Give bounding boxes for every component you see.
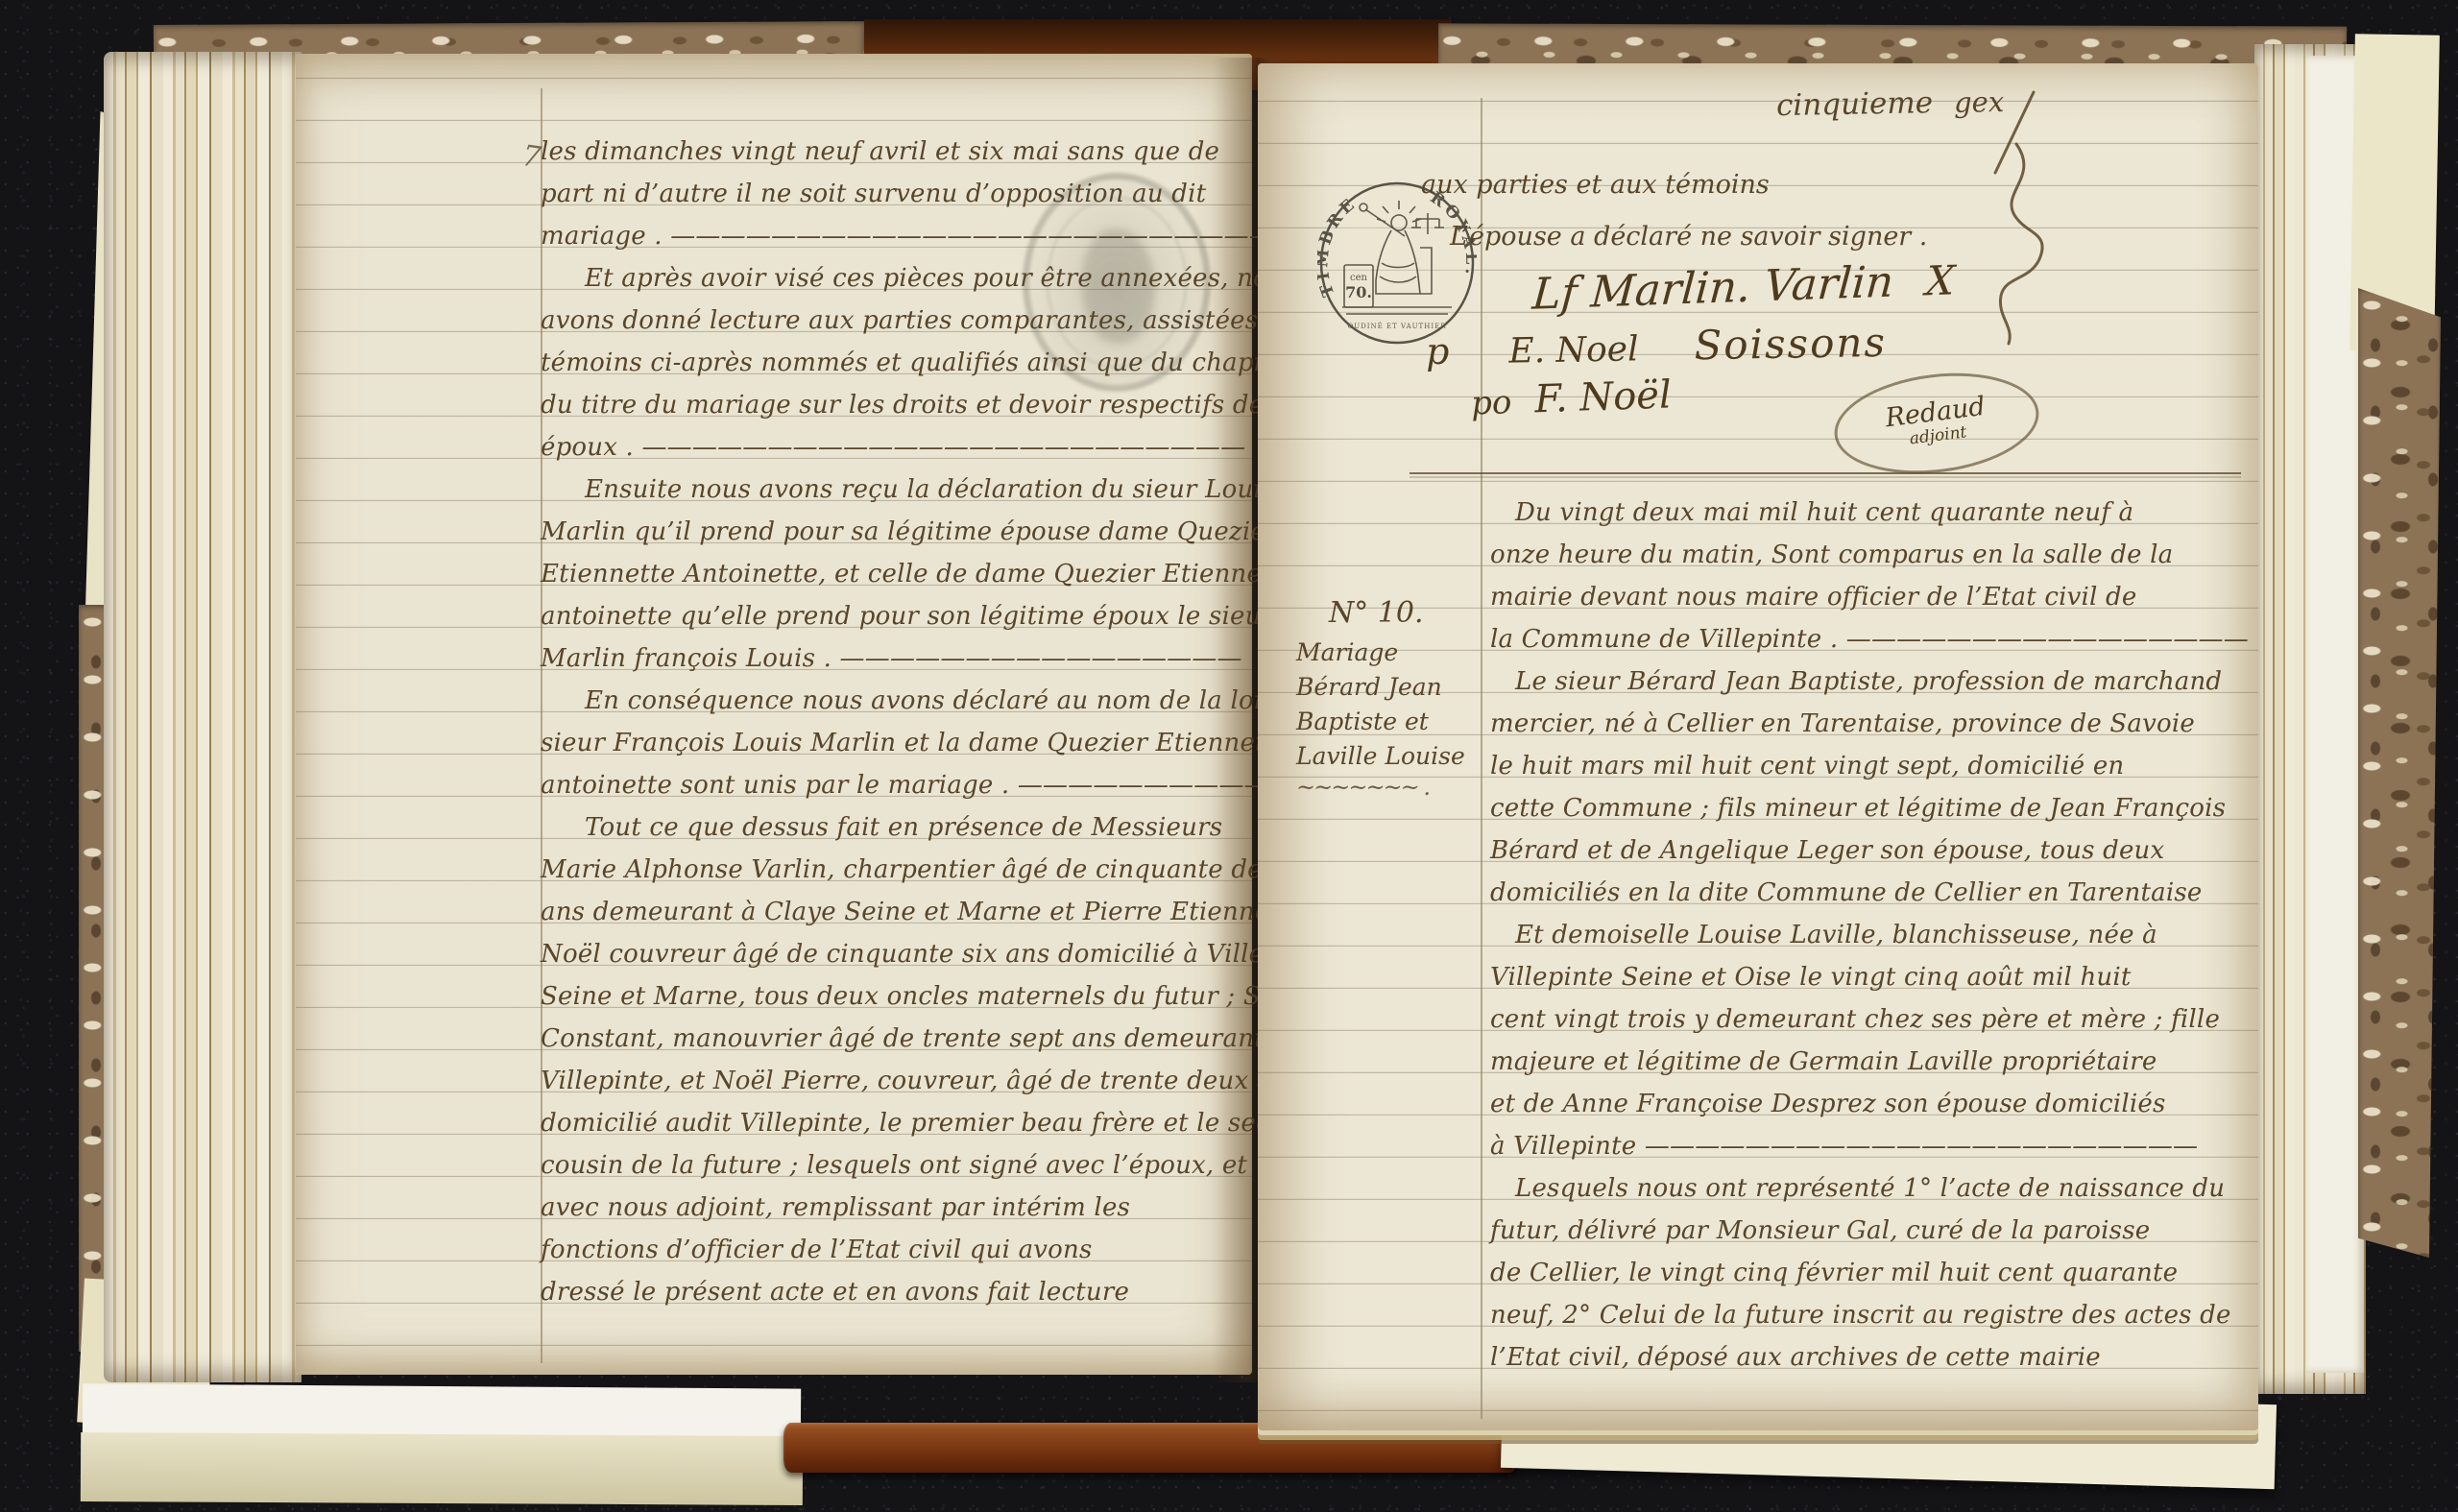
handwritten-line: mercier, né à Cellier en Tarentaise, pro… [1490,703,2251,745]
signature-f-noel: po F. Noël [1470,372,1672,423]
right-page-text: Du vingt deux mai mil huit cent quarante… [1490,492,2251,1379]
handwritten-line: cousin de la future ; lesquels ont signé… [541,1144,1253,1187]
handwritten-line: ans demeurant à Claye Seine et Marne et … [541,891,1253,933]
paraph-flourish [1959,88,2055,348]
closing-lines: aux parties et aux témoinsL’épouse a déc… [1421,159,1927,263]
act-separator-rule [1410,472,2241,474]
paragraph: Du vingt deux mai mil huit cent quarante… [1490,492,2251,660]
handwritten-line: de Cellier, le vingt cinq février mil hu… [1490,1252,2251,1294]
handwritten-line: Tout ce que dessus fait en présence de M… [541,806,1253,849]
handwritten-line: Villepinte, et Noël Pierre, couvreur, âg… [541,1060,1253,1102]
stamp-cent-label: cen [1350,273,1368,283]
handwritten-line: et de Anne Françoise Desprez son épouse … [1490,1083,2251,1125]
handwritten-line: Seine et Marne, tous deux oncles materne… [541,975,1253,1018]
handwritten-line: sieur François Louis Marlin et la dame Q… [541,722,1253,764]
handwritten-line: onze heure du matin, Sont comparus en la… [1490,534,2251,576]
signature-part: p [1426,330,1450,372]
right-page: cinquiemegex TIMBRE ROYAL. [1258,63,2258,1430]
annotation-word: cinquieme [1776,85,1934,123]
signature-marlin-varlin: Lf Marlin. VarlinX [1530,253,1956,320]
margin-note-line: Baptiste et [1296,705,1484,739]
handwritten-line: Du vingt deux mai mil huit cent quarante… [1490,492,2251,534]
handwritten-line: domicilié audit Villepinte, le premier b… [541,1102,1253,1144]
signature-part: E. Noel [1508,329,1639,371]
handwritten-line: la Commune de Villepinte . —————————————… [1490,618,2251,660]
handwritten-line: Et après avoir visé ces pièces pour être… [541,257,1253,300]
book-support-foam-left [81,1432,803,1505]
handwritten-line: majeure et légitime de Germain Laville p… [1490,1041,2251,1083]
margin-note-line: Mariage [1296,636,1484,670]
handwritten-line: aux parties et aux témoins [1421,159,1927,211]
signature-part: Soissons [1694,319,1887,369]
handwritten-line: Bérard et de Angelique Leger son épouse,… [1490,829,2251,872]
handwritten-line: Marie Alphonse Varlin, charpentier âgé d… [541,849,1253,891]
handwritten-line: Le sieur Bérard Jean Baptiste, professio… [1490,660,2251,703]
handwritten-line: antoinette sont unis par le mariage . ——… [541,764,1253,806]
handwritten-line: avons donné lecture aux parties comparan… [541,300,1253,342]
handwritten-line: antoinette qu’elle prend pour son légiti… [541,595,1253,637]
paragraph: Et après avoir visé ces pièces pour être… [541,257,1253,468]
handwritten-line: l’Etat civil, déposé aux archives de cet… [1490,1336,2251,1379]
circled-adjoint-signature: Redaud adjoint [1829,362,2045,484]
signature-x-mark: X [1924,256,1956,304]
handwritten-line: du titre du mariage sur les droits et de… [541,384,1253,426]
handwritten-line: Et demoiselle Louise Laville, blanchisse… [1490,914,2251,956]
handwritten-line: cette Commune ; fils mineur et légitime … [1490,787,2251,829]
handwritten-line: En conséquence nous avons déclaré au nom… [541,680,1253,722]
signature-part: po [1470,383,1512,422]
page-stack-left-edges [104,52,301,1382]
handwritten-line: Marlin françois Louis . ———————————————— [541,637,1253,680]
handwritten-line: L’épouse a déclaré ne savoir signer . [1421,211,1927,263]
paragraph: Lesquels nous ont représenté 1° l’acte d… [1490,1167,2251,1379]
margin-note-line: Laville Louise [1296,739,1484,774]
paragraph: Le sieur Bérard Jean Baptiste, professio… [1490,660,2251,914]
handwritten-line: à Villepinte —————————————————————— [1490,1125,2251,1167]
archival-register-photo: leesitr28itrlthal 7 les dimanches vingt … [0,0,2458,1512]
handwritten-line: futur, délivré par Monsieur Gal, curé de… [1490,1210,2251,1252]
left-page: 7 les dimanches vingt neuf avril et six … [296,54,1252,1375]
signature-noel-soissons: p E. Noel Soissons [1426,319,1888,373]
margin-note: N° 10. MariageBérard JeanBaptiste etLavi… [1296,591,1484,801]
signature-part: F. Noël [1533,372,1672,421]
handwritten-line: Etiennette Antoinette, et celle de dame … [541,553,1253,595]
handwritten-line: part ni d’autre il ne soit survenu d’opp… [541,173,1253,215]
act-title-lines: MariageBérard JeanBaptiste etLaville Lou… [1296,636,1484,774]
handwritten-line: Marlin qu’il prend pour sa légitime épou… [541,511,1253,553]
handwritten-line: avec nous adjoint, remplissant par intér… [541,1187,1253,1229]
marbled-cover-right-edge [2358,288,2441,1258]
handwritten-line: domiciliés en la dite Commune de Cellier… [1490,872,2251,914]
handwritten-line: Villepinte Seine et Oise le vingt cinq a… [1490,956,2251,998]
paragraph: les dimanches vingt neuf avril et six ma… [541,131,1253,257]
handwritten-line: cent vingt trois y demeurant chez ses pè… [1490,998,2251,1041]
paragraph: Ensuite nous avons reçu la déclaration d… [541,468,1253,680]
paragraph: Tout ce que dessus fait en présence de M… [541,806,1253,1313]
handwritten-line: fonctions d’officier de l’Etat civil qui… [541,1229,1253,1271]
handwritten-line: les dimanches vingt neuf avril et six ma… [541,131,1253,173]
handwritten-line: mariage . ———————————————————————— [541,215,1253,257]
handwritten-line: le huit mars mil huit cent vingt sept, d… [1490,745,2251,787]
signature-names: Lf Marlin. Varlin [1530,255,1895,319]
handwritten-line: Constant, manouvrier âgé de trente sept … [541,1018,1253,1060]
handwritten-line: témoins ci-après nommés et qualifiés ain… [541,342,1253,384]
handwritten-line: mairie devant nous maire officier de l’E… [1490,576,2251,618]
stamp-value: 70. [1345,283,1372,301]
act-number: N° 10. [1296,591,1484,636]
paragraph: En conséquence nous avons déclaré au nom… [541,680,1253,806]
handwritten-line: époux . ———————————————————————— [541,426,1253,468]
margin-note-flourish: ~~~~~~~ . [1296,774,1484,801]
margin-note-line: Bérard Jean [1296,670,1484,705]
handwritten-line: dressé le présent acte et en avons fait … [541,1271,1253,1313]
handwritten-line: Lesquels nous ont représenté 1° l’acte d… [1490,1167,2251,1210]
paragraph: Et demoiselle Louise Laville, blanchisse… [1490,914,2251,1167]
left-page-text: les dimanches vingt neuf avril et six ma… [541,131,1253,1313]
corner-mark: 7 [520,139,543,175]
handwritten-line: neuf, 2° Celui de la future inscrit au r… [1490,1294,2251,1336]
handwritten-line: Ensuite nous avons reçu la déclaration d… [541,468,1253,511]
handwritten-line: Noël couvreur âgé de cinquante six ans d… [541,933,1253,975]
